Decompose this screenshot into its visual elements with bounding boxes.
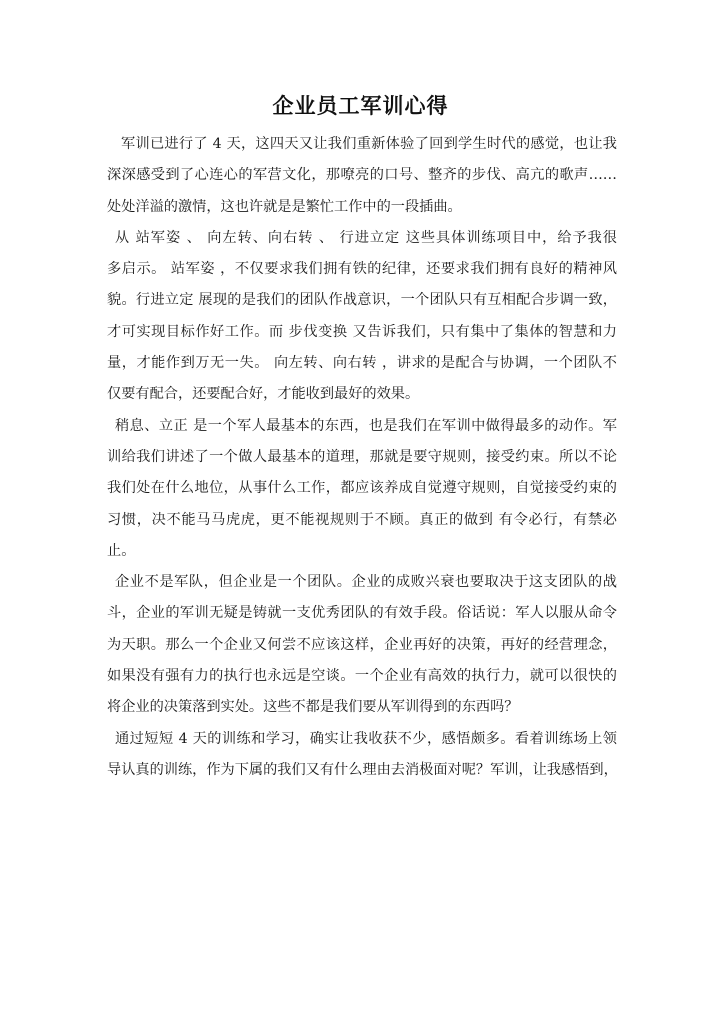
paragraph-5: 通过短短 4 天的训练和学习，确实让我收获不少，感悟颇多。看着训练场上领 导认真… [107,728,617,791]
text-line: 多启示。 站军姿 ，不仅要求我们拥有铁的纪律，还要求我们拥有良好的精神风 [107,258,617,289]
text-line: 企业不是军队，但企业是一个团队。企业的成败兴衰也要取决于这支团队的战 [107,571,617,602]
paragraph-2: 从 站军姿 、 向左转、向右转 、 行进立定 这些具体训练项目中，给予我很 多启… [107,227,617,415]
text-line: 处处洋溢的激情，这也许就是是繁忙工作中的一段插曲。 [107,196,617,227]
text-line: 军训已进行了 4 天，这四天又让我们重新体验了回到学生时代的感觉，也让我 [107,133,617,164]
paragraph-1: 军训已进行了 4 天，这四天又让我们重新体验了回到学生时代的感觉，也让我 深深感… [107,133,617,227]
text-line: 貌。行进立定 展现的是我们的团队作战意识，一个团队只有互相配合步调一致， [107,289,617,320]
text-line: 稍息、立正 是一个军人最基本的东西，也是我们在军训中做得最多的动作。军 [107,415,617,446]
document-title: 企业员工军训心得 [0,90,721,120]
text-line: 止。 [107,540,617,571]
text-line: 仅要有配合，还要配合好，才能收到最好的效果。 [107,383,617,414]
text-line: 从 站军姿 、 向左转、向右转 、 行进立定 这些具体训练项目中，给予我很 [107,227,617,258]
text-line: 我们处在什么地位，从事什么工作，都应该养成自觉遵守规则，自觉接受约束的 [107,477,617,508]
text-line: 导认真的训练，作为下属的我们又有什么理由去消极面对呢？军训，让我感悟到， [107,759,617,790]
text-line: 量，才能作到万无一失。 向左转、向右转 ，讲求的是配合与协调，一个团队不 [107,352,617,383]
text-line: 习惯，决不能马马虎虎，更不能视规则于不顾。真正的做到 有令必行，有禁必 [107,509,617,540]
text-line: 训给我们讲述了一个做人最基本的道理，那就是要守规则，接受约束。所以不论 [107,446,617,477]
text-line: 才可实现目标作好工作。而 步伐变换 又告诉我们，只有集中了集体的智慧和力 [107,321,617,352]
paragraph-4: 企业不是军队，但企业是一个团队。企业的成败兴衰也要取决于这支团队的战 斗，企业的… [107,571,617,727]
document-page: 企业员工军训心得 军训已进行了 4 天，这四天又让我们重新体验了回到学生时代的感… [0,0,721,1020]
text-line: 为天职。那么一个企业又何尝不应该这样，企业再好的决策，再好的经营理念， [107,634,617,665]
text-line: 通过短短 4 天的训练和学习，确实让我收获不少，感悟颇多。看着训练场上领 [107,728,617,759]
paragraph-3: 稍息、立正 是一个军人最基本的东西，也是我们在军训中做得最多的动作。军 训给我们… [107,415,617,571]
document-body: 军训已进行了 4 天，这四天又让我们重新体验了回到学生时代的感觉，也让我 深深感… [107,133,617,790]
text-line: 如果没有强有力的执行也永远是空谈。一个企业有高效的执行力，就可以很快的 [107,665,617,696]
text-line: 深深感受到了心连心的军营文化，那嘹亮的口号、整齐的步伐、高亢的歌声…… [107,164,617,195]
text-line: 斗，企业的军训无疑是铸就一支优秀团队的有效手段。俗话说：军人以服从命令 [107,602,617,633]
text-line: 将企业的决策落到实处。这些不都是我们要从军训得到的东西吗？ [107,696,617,727]
